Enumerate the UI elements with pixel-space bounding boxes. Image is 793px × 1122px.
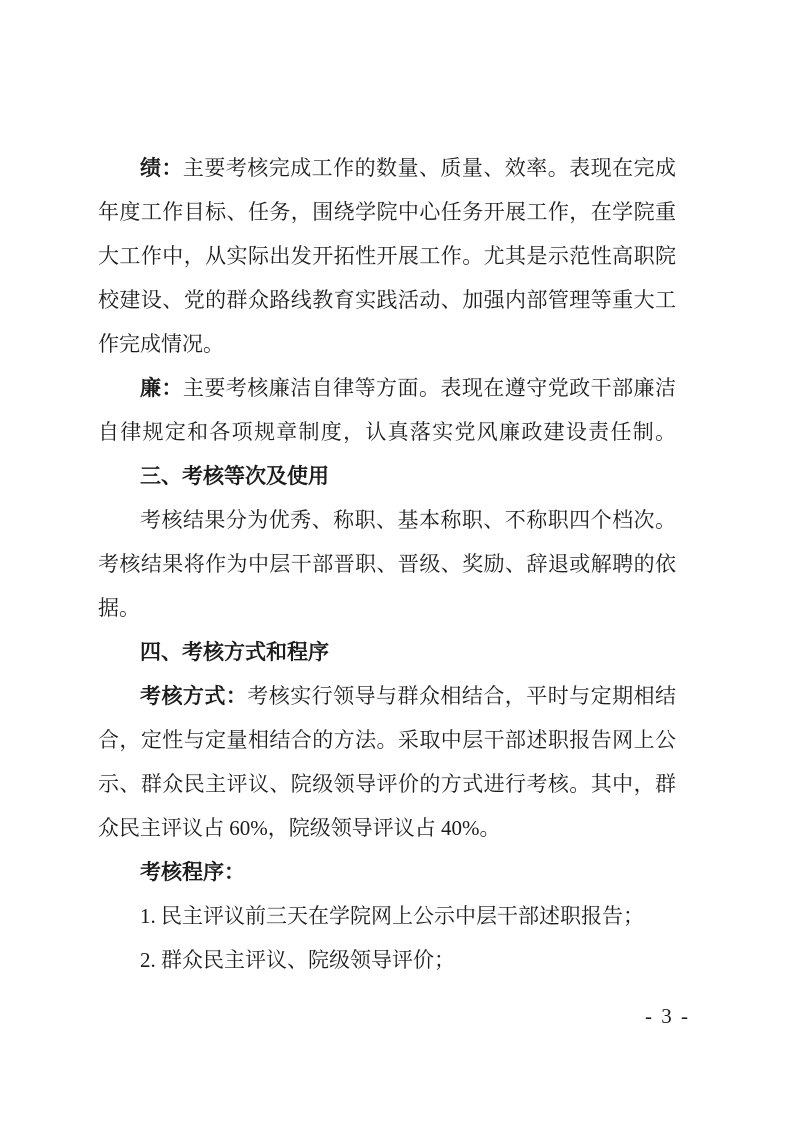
section-heading: 考核程序： (98, 850, 676, 894)
text-line: 示、群众民主评议、院级领导评价的方式进行考核。其中，群 (98, 762, 676, 806)
line-text: 1. 民主评议前三天在学院网上公示中层干部述职报告； (140, 904, 644, 928)
line-text: 校建设、党的群众路线教育实践活动、加强内部管理等重大工 (98, 288, 676, 312)
page-number: - 3 - (645, 1003, 690, 1029)
line-text: 2. 群众民主评议、院级领导评价； (140, 948, 455, 972)
line-text: 作完成情况。 (98, 332, 224, 356)
text-line: 考核方式：考核实行领导与群众相结合，平时与定期相结 (98, 674, 676, 718)
text-line: 考核结果将作为中层干部晋职、晋级、奖励、辞退或解聘的依 (98, 542, 676, 586)
line-text: 年度工作目标、任务，围绕学院中心任务开展工作，在学院重 (98, 200, 676, 224)
line-text: 主要考核完成工作的数量、质量、效率。表现在完成 (183, 156, 676, 180)
document-body: 绩：主要考核完成工作的数量、质量、效率。表现在完成 年度工作目标、任务，围绕学院… (98, 146, 676, 982)
text-line: 作完成情况。 (98, 322, 676, 366)
section-heading: 三、考核等次及使用 (98, 454, 676, 498)
line-text: 考核结果分为优秀、称职、基本称职、不称职四个档次。 (140, 508, 676, 532)
text-line: 大工作中，从实际出发开拓性开展工作。尤其是示范性高职院 (98, 234, 676, 278)
line-text: 主要考核廉洁自律等方面。表现在遵守党政干部廉洁 (183, 376, 676, 400)
line-text: 示、群众民主评议、院级领导评价的方式进行考核。其中，群 (98, 772, 676, 796)
document-page: 绩：主要考核完成工作的数量、质量、效率。表现在完成 年度工作目标、任务，围绕学院… (0, 0, 793, 1122)
line-lead: 考核方式： (140, 684, 247, 708)
text-line: 自律规定和各项规章制度，认真落实党风廉政建设责任制。 (98, 410, 676, 454)
text-line: 校建设、党的群众路线教育实践活动、加强内部管理等重大工 (98, 278, 676, 322)
line-text: 合，定性与定量相结合的方法。采取中层干部述职报告网上公 (98, 728, 676, 752)
text-line: 据。 (98, 586, 676, 630)
text-line: 廉：主要考核廉洁自律等方面。表现在遵守党政干部廉洁 (98, 366, 676, 410)
text-line: 众民主评议占 60%，院级领导评议占 40%。 (98, 806, 676, 850)
heading-text: 三、考核等次及使用 (140, 464, 329, 488)
list-item: 1. 民主评议前三天在学院网上公示中层干部述职报告； (98, 894, 676, 938)
text-line: 合，定性与定量相结合的方法。采取中层干部述职报告网上公 (98, 718, 676, 762)
line-text: 考核结果将作为中层干部晋职、晋级、奖励、辞退或解聘的依 (98, 552, 676, 576)
heading-text: 考核程序： (140, 860, 245, 884)
line-text: 众民主评议占 60%，院级领导评议占 40%。 (98, 816, 501, 840)
section-heading: 四、考核方式和程序 (98, 630, 676, 674)
text-line: 考核结果分为优秀、称职、基本称职、不称职四个档次。 (98, 498, 676, 542)
line-text: 据。 (98, 596, 140, 620)
heading-text: 四、考核方式和程序 (140, 640, 329, 664)
line-text: 大工作中，从实际出发开拓性开展工作。尤其是示范性高职院 (98, 244, 676, 268)
line-text: 考核实行领导与群众相结合，平时与定期相结 (247, 684, 676, 708)
line-text: 自律规定和各项规章制度，认真落实党风廉政建设责任制。 (98, 420, 676, 444)
text-line: 年度工作目标、任务，围绕学院中心任务开展工作，在学院重 (98, 190, 676, 234)
line-lead: 廉： (140, 376, 183, 400)
text-line: 绩：主要考核完成工作的数量、质量、效率。表现在完成 (98, 146, 676, 190)
list-item: 2. 群众民主评议、院级领导评价； (98, 938, 676, 982)
line-lead: 绩： (140, 156, 183, 180)
